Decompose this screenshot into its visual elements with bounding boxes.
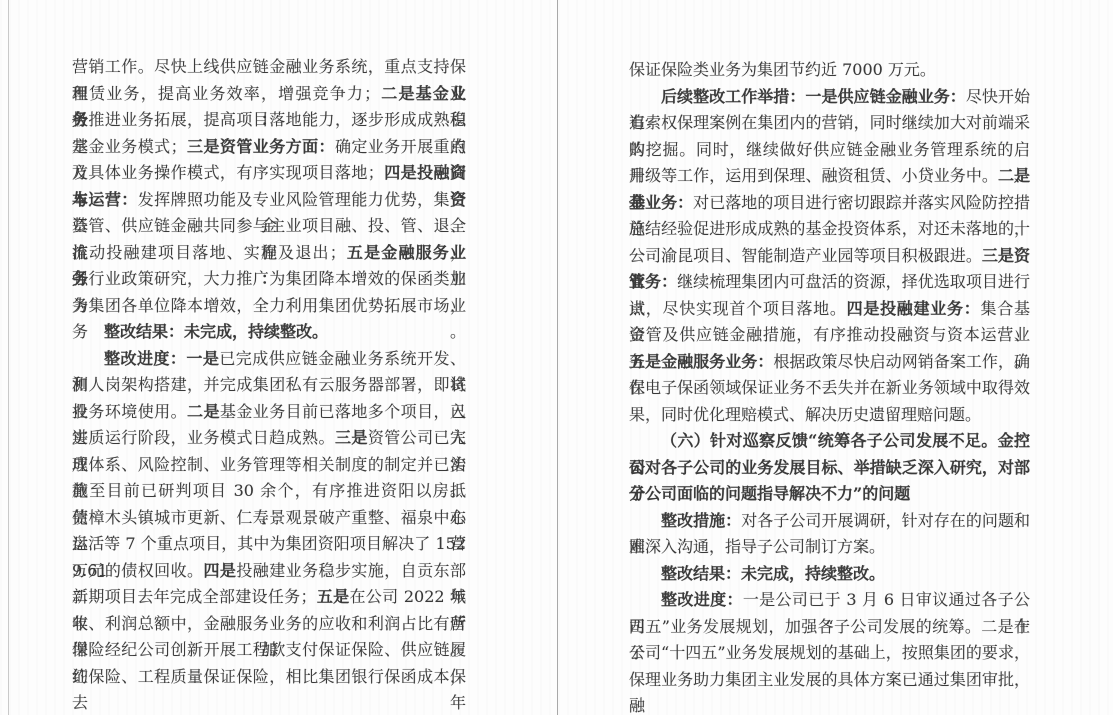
text-line: 四五”业务发展规划，加强各子公司发展的统筹。二是在子 — [629, 614, 1030, 641]
text-line: 点，尽快实现首个项目落地。四是投融建业务：集合基金、 — [629, 296, 1030, 323]
text-line: 实质运行阶段，业务模式日趋成熟。三是资管公司已完成治 — [72, 425, 466, 452]
text-line: 为集团各单位降本增效，全力利用集团优势拓展市场业务。 — [72, 293, 466, 320]
text-line: 保险经纪公司创新开展工程款支付保证保险、供应链履约保 — [72, 637, 466, 664]
text-run: 难深入沟通，指导子公司制订方案。 — [629, 537, 885, 556]
bold-text-run: 本运营： — [72, 190, 138, 209]
text-run: 推动投融建项目落地、实施及退出； — [72, 243, 346, 262]
text-line: 整改结果：未完成，持续整改。 — [629, 561, 1030, 588]
text-line: 截至目前已研判项目 30 余个，有序推进资阳以房抵债、东 — [72, 478, 466, 505]
text-line: 五是金融服务业务：根据政策尽快启动网销备案工作，确保 — [629, 349, 1030, 376]
text-line: 和人岗架构搭建，并完成集团私有云服务器部署，即将投入 — [72, 372, 466, 399]
text-run: 二期项目去年完成全部建设任务； — [72, 587, 317, 606]
text-line: 公司渝昆项目、智能制造产业园等项目积极跟进。三是资管 — [629, 243, 1030, 270]
text-line: 营销工作。尽快上线供应链金融业务系统，重点支持保理及 — [72, 54, 466, 81]
bold-text-run: 子公司面临的问题指导解决不力”的问题 — [629, 484, 910, 503]
text-run: 证保险、工程质量保证保险，相比集团银行保函成本，去年 — [72, 667, 466, 713]
bold-text-run: 五是金融服务业务： — [629, 352, 773, 371]
bold-text-run: 整改进度： — [661, 590, 743, 609]
scan-edge-line — [8, 0, 9, 715]
text-run: 公司“十四五”业务发展规划的基础上，按照集团的要求， — [629, 643, 1030, 662]
text-line: 后续整改工作举措：一是供应链金融业务：尽快开始有 — [629, 84, 1030, 111]
text-line: 理体系、风险控制、业务管理等相关制度的制定并已实施。 — [72, 452, 466, 479]
text-run: 在电子保函领域保证业务不丢失并在新业务领域中取得效 — [629, 378, 1030, 397]
text-run: 租赁业务，提高业务效率，增强竞争力； — [72, 84, 380, 103]
text-line: 整改进度：一是已完成供应链金融业务系统开发、测试 — [72, 346, 466, 373]
text-run: 果，同时优化理赔模式、解决历史遗留理赔问题。 — [629, 405, 981, 424]
text-run: 基金业务模式； — [72, 137, 187, 156]
text-line: 资管、供应链金融共同参与主业项目融、投、管、退全流程， — [72, 213, 466, 240]
scanned-document-spread: 营销工作。尽快上线供应链金融业务系统，重点支持保理及租赁业务，提高业务效率，增强… — [0, 0, 1113, 715]
text-line: 业务：继续梳理集团内可盘活的资源，择优选取项目进行试 — [629, 269, 1030, 296]
text-run: 保证保险类业务为集团节约近 7000 万元。 — [629, 60, 936, 79]
bold-text-run: 三是资管业务方面： — [187, 137, 335, 156]
page-right-text: 保证保险类业务为集团节约近 7000 万元。后续整改工作举措：一是供应链金融业务… — [629, 57, 1030, 693]
text-line: 在电子保函领域保证业务不丢失并在新业务领域中取得效 — [629, 375, 1030, 402]
bold-text-run: 整改措施： — [661, 511, 741, 530]
text-line: 保证保险类业务为集团节约近 7000 万元。 — [629, 57, 1030, 84]
text-line: 本运营：发挥牌照功能及专业风险管理能力优势，集合基金、 — [72, 187, 466, 214]
bold-text-run: 整改结果：未完成，持续整改。 — [661, 564, 885, 583]
text-line: 证保险、工程质量保证保险，相比集团银行保函成本，去年 — [72, 664, 466, 691]
text-line: 强行业政策研究，大力推广为集团降本增效的保函类业务， — [72, 266, 466, 293]
bold-text-run: 金业务： — [629, 193, 693, 212]
text-line: （六）针对巡察反馈“统筹各子公司发展不足。金控公 — [629, 428, 1030, 455]
bold-text-run: 后续整改工作举措：一是供应链金融业务： — [661, 87, 966, 106]
text-line: 司对各子公司的业务发展目标、举措缺乏深入研究，对部分 — [629, 455, 1030, 482]
text-line: 追索权保理案例在集团内的营销，同时继续加大对前端采购 — [629, 110, 1030, 137]
text-line: 二期项目去年完成全部建设任务；五是在公司 2022 年年营 — [72, 584, 466, 611]
bold-text-run: 业务： — [629, 272, 677, 291]
bold-text-run: 整改结果：未完成，持续整改。 — [104, 322, 328, 341]
text-line: 公司“十四五”业务发展规划的基础上，按照集团的要求， — [629, 640, 1030, 667]
text-line: 盘活等 7 个重点项目，其中为集团资阳项目解决了 1529.61 — [72, 531, 466, 558]
text-line: 资管及供应链金融措施，有序推动投融资与资本运营业务。 — [629, 322, 1030, 349]
bold-text-run: 三是 — [335, 428, 368, 447]
text-run: 升级等工作，运用到保理、融资租赁、小贷业务中。 — [629, 166, 998, 185]
text-line: 子公司面临的问题指导解决不力”的问题 — [629, 481, 1030, 508]
text-line: 整改进度：一是公司已于 3 月 6 日审议通过各子公司“十 — [629, 587, 1030, 614]
page-divider-line — [557, 0, 558, 715]
bold-text-run: 五是 — [317, 587, 350, 606]
text-line: 金业务：对已落地的项目进行密切跟踪并落实风险防控措施， — [629, 190, 1030, 217]
text-line: 万元的债权回收。四是投融建业务稳步实施，自贡东部新城 — [72, 558, 466, 585]
bold-text-run: 四是投融建业务： — [847, 299, 981, 318]
page-left-text: 营销工作。尽快上线供应链金融业务系统，重点支持保理及租赁业务，提高业务效率，增强… — [72, 54, 466, 690]
text-line: 推动投融建项目落地、实施及退出；五是金融服务业务：加 — [72, 240, 466, 267]
text-line: 的挖掘。同时，继续做好供应链金融业务管理系统的启用、 — [629, 137, 1030, 164]
text-run: 业务环境使用。 — [72, 402, 187, 421]
text-line: 收、利润总额中，金融服务业务的应收和利润占比有所增加。 — [72, 611, 466, 638]
text-run: 点，尽快实现首个项目落地。 — [629, 299, 847, 318]
text-line: 业务环境使用。二是基金业务目前已落地多个项目，已进入 — [72, 399, 466, 426]
text-line: 及具体业务操作模式，有序实现项目落地；四是投融资与资 — [72, 160, 466, 187]
text-line: 极推进业务拓展，提高项目落地能力，逐步形成成熟稳定的 — [72, 107, 466, 134]
text-line: 租赁业务，提高业务效率，增强竞争力；二是基金业务：积 — [72, 81, 466, 108]
text-line: 基金业务模式；三是资管业务方面：确定业务开展重点方向 — [72, 134, 466, 161]
text-line: 莞樟木头镇城市更新、仁寿景观景破产重整、福泉中心运营 — [72, 505, 466, 532]
text-run: 万元的债权回收。 — [72, 561, 203, 580]
text-line: 保理业务助力集团主业发展的具体方案已通过集团审批，融 — [629, 667, 1030, 694]
bold-text-run: 四是 — [203, 561, 236, 580]
bold-text-run: 二是 — [187, 402, 220, 421]
bold-text-run: 整改进度：一是 — [104, 349, 219, 368]
text-line: 整改措施：对各子公司开展调研，针对存在的问题和困 — [629, 508, 1030, 535]
text-run: 保理业务助力集团主业发展的具体方案已通过集团审批，融 — [629, 670, 1030, 715]
text-run: 公司渝昆项目、智能制造产业园等项目积极跟进。 — [629, 246, 982, 265]
text-line: 果，同时优化理赔模式、解决历史遗留理赔问题。 — [629, 402, 1030, 429]
text-line: 总结经验促进形成成熟的基金投资体系，对还未落地的十一 — [629, 216, 1030, 243]
text-run: 及具体业务操作模式，有序实现项目落地； — [72, 163, 384, 182]
text-line: 难深入沟通，指导子公司制订方案。 — [629, 534, 1030, 561]
text-line: 升级等工作，运用到保理、融资租赁、小贷业务中。二是基 — [629, 163, 1030, 190]
text-run: 实质运行阶段，业务模式日趋成熟。 — [72, 428, 335, 447]
